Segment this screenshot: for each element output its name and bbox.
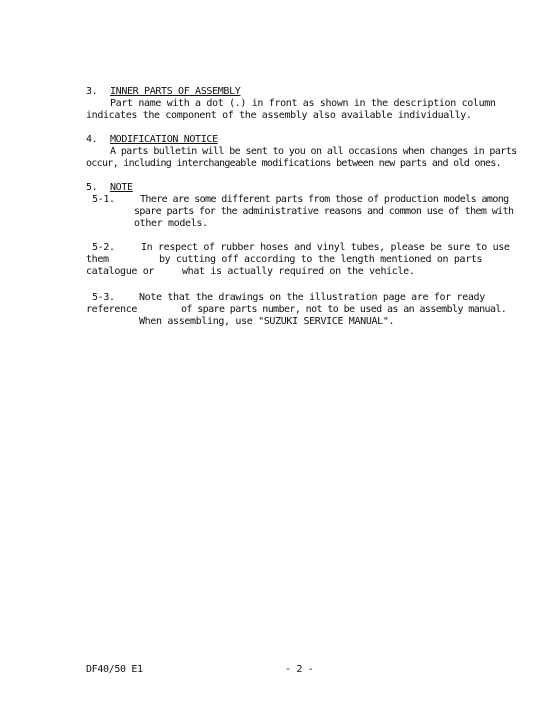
footer-model: DF40/50 E1 (86, 664, 143, 676)
section-3-line-2: indicates the component of the assembly … (86, 110, 472, 122)
note-5-3-line-3: When assembling, use "SUZUKI SERVICE MAN… (139, 316, 394, 328)
note-5-3-line-1: Note that the drawings on the illustrati… (139, 292, 485, 304)
section-4-number: 4. (86, 134, 97, 146)
note-5-3-line-2: of spare parts number, not to be used as… (181, 304, 506, 316)
section-4-line-2: occur, including interchangeable modific… (86, 158, 501, 170)
note-5-2-line-3: what is actually required on the vehicle… (182, 266, 415, 278)
section-5-number: 5. (86, 182, 97, 194)
note-5-2-number: 5-2. (92, 242, 115, 254)
document-page: 3. INNER PARTS OF ASSEMBLY Part name wit… (0, 0, 560, 725)
section-4-title: MODIFICATION NOTICE (110, 134, 218, 146)
section-5-title: NOTE (110, 182, 133, 194)
note-5-1-number: 5-1. (92, 194, 115, 206)
note-5-1-line-2: spare parts for the administrative reaso… (134, 206, 513, 218)
note-5-2-line-2: by cutting off according to the length m… (159, 254, 482, 266)
note-5-1-line-3: other models. (134, 218, 208, 230)
note-5-2-lead-1: them (86, 254, 109, 266)
note-5-1-line-1: There are some different parts from thos… (140, 194, 509, 206)
section-3-title: INNER PARTS OF ASSEMBLY (110, 86, 240, 98)
note-5-2-line-1: In respect of rubber hoses and vinyl tub… (141, 242, 510, 254)
note-5-3-lead-1: reference (86, 304, 137, 316)
note-5-3-number: 5-3. (92, 292, 115, 304)
section-3-line-1: Part name with a dot (.) in front as sho… (110, 98, 496, 110)
footer-page-number: - 2 - (285, 664, 313, 676)
section-4-line-1: A parts bulletin will be sent to you on … (110, 146, 517, 158)
section-3-number: 3. (86, 86, 97, 98)
note-5-2-lead-2: catalogue or (86, 266, 154, 278)
